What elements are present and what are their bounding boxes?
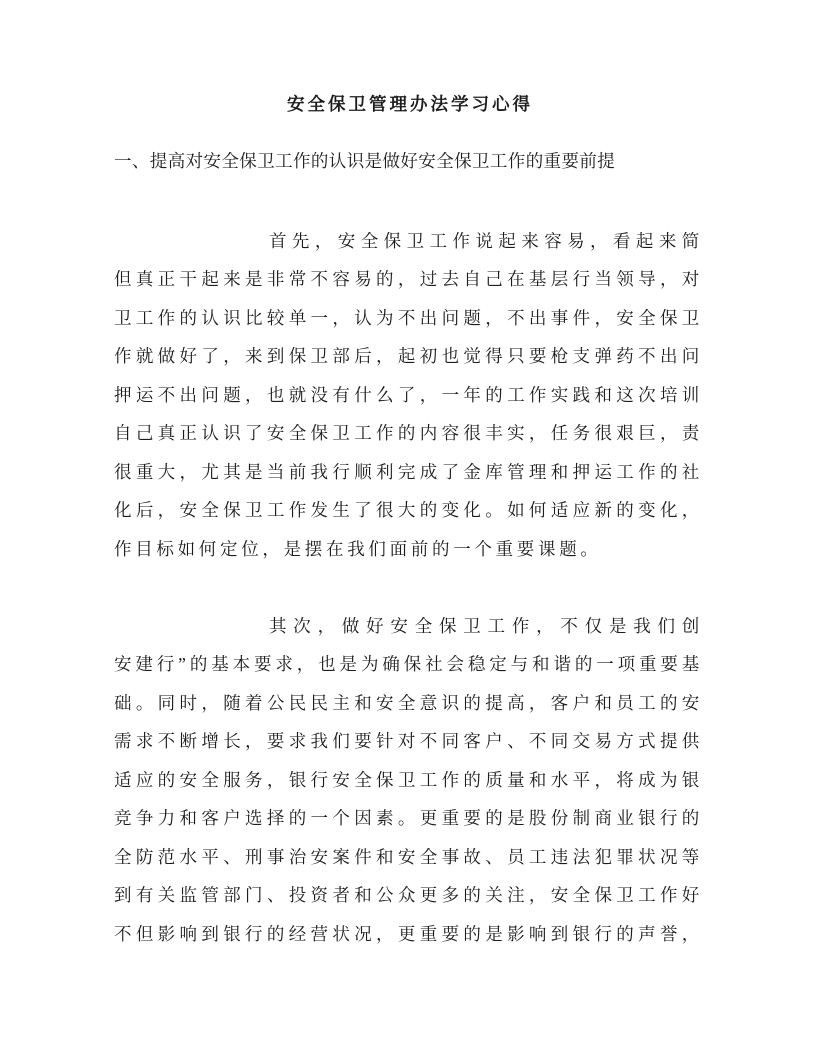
text-line: 卫工作的认识比较单一，认为不出问题，不出事件，安全保卫工 [114,299,703,338]
document-title: 安全保卫管理办法学习心得 [114,85,703,124]
document-content: 安全保卫管理办法学习心得 一、提高对安全保卫工作的认识是做好安全保卫工作的重要前… [0,0,816,953]
text-line: 押运不出问题，也就没有什么了，一年的工作实践和这次培训使 [114,376,703,415]
paragraph: 首先，安全保卫工作说起来容易，看起来简单，但真正干起来是非常不容易的，过去自己在… [114,222,703,569]
text-line: 作目标如何定位，是摆在我们面前的一个重要课题。 [114,530,703,569]
text-line: 化后，安全保卫工作发生了很大的变化。如何适应新的变化，工 [114,491,703,530]
section-heading: 一、提高对安全保卫工作的认识是做好安全保卫工作的重要前提 [114,142,703,181]
text-line: 竞争力和客户选择的一个因素。更重要的是股份制商业银行的安 [114,799,703,838]
text-line: 础。同时，随着公民民主和安全意识的提高，客户和员工的安全 [114,684,703,723]
text-line: 很重大，尤其是当前我行顺利完成了金库管理和押运工作的社会 [114,453,703,492]
paragraph: 其次，做好安全保卫工作，不仅是我们创建“平安建行”的基本要求，也是为确保社会稳定… [114,607,703,954]
text-line: 适应的安全服务，银行安全保卫工作的质量和水平，将成为银行 [114,761,703,800]
text-line: 自己真正认识了安全保卫工作的内容很丰实，任务很艰巨，责任 [114,414,703,453]
text-line: 不但影响到银行的经营状况，更重要的是影响到银行的声誉，影 [114,915,703,954]
text-line: 到有关监管部门、投资者和公众更多的关注，安全保卫工作好坏， [114,876,703,915]
text-line: 作就做好了，来到保卫部后，起初也觉得只要枪支弹药不出问题， [114,337,703,376]
text-line: 但真正干起来是非常不容易的，过去自己在基层行当领导，对保 [114,260,703,299]
text-line: 其次，做好安全保卫工作，不仅是我们创建“平 [114,607,703,646]
text-line: 需求不断增长，要求我们要针对不同客户、不同交易方式提供相 [114,722,703,761]
text-line: 安建行”的基本要求，也是为确保社会稳定与和谐的一项重要基 [114,645,703,684]
text-line: 全防范水平、刑事治安案件和安全事故、员工违法犯罪状况等受 [114,838,703,877]
document-page: 安全保卫管理办法学习心得 一、提高对安全保卫工作的认识是做好安全保卫工作的重要前… [0,0,816,1056]
text-line: 首先，安全保卫工作说起来容易，看起来简单， [114,222,703,261]
document-body: 首先，安全保卫工作说起来容易，看起来简单，但真正干起来是非常不容易的，过去自己在… [114,222,703,954]
